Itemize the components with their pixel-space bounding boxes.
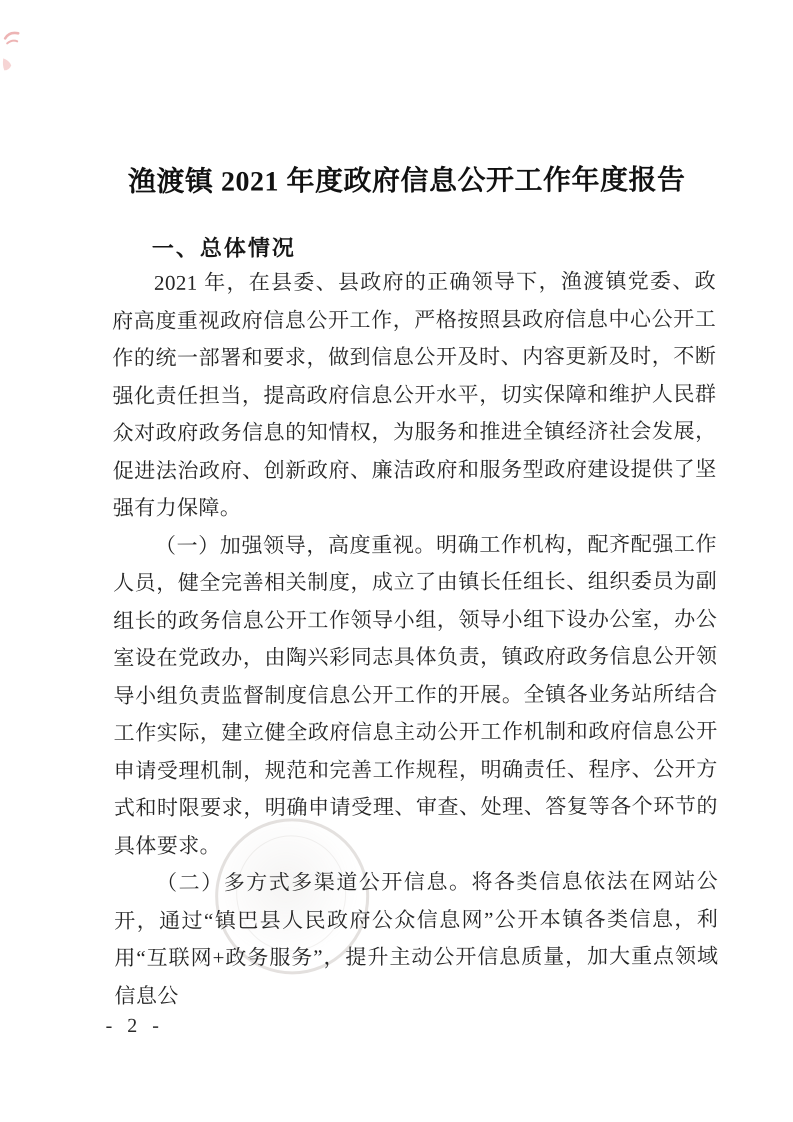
body-text-column: 2021 年，在县委、县政府的正确领导下，渔渡镇党委、政府高度重视政府信息公开工… bbox=[112, 263, 719, 1015]
document-page: 渔渡镇 2021 年度政府信息公开工作年度报告 一、总体情况 2021 年，在县… bbox=[0, 0, 793, 1122]
red-pen-mark-icon bbox=[0, 55, 16, 73]
red-pen-mark-icon bbox=[3, 29, 23, 47]
paragraph: （一）加强领导，高度重视。明确工作机构，配齐配强工作人员，健全完善相关制度，成立… bbox=[113, 525, 718, 865]
scanned-page-content: 渔渡镇 2021 年度政府信息公开工作年度报告 一、总体情况 2021 年，在县… bbox=[0, 0, 793, 1122]
section-heading: 一、总体情况 bbox=[112, 230, 716, 263]
document-title: 渔渡镇 2021 年度政府信息公开工作年度报告 bbox=[99, 161, 715, 203]
paragraph: （二）多方式多渠道公开信息。将各类信息依法在网站公开，通过“镇巴县人民政府公众信… bbox=[114, 863, 719, 1015]
page-number: - 2 - bbox=[106, 1015, 164, 1038]
paragraph: 2021 年，在县委、县政府的正确领导下，渔渡镇党委、政府高度重视政府信息公开工… bbox=[112, 263, 717, 528]
